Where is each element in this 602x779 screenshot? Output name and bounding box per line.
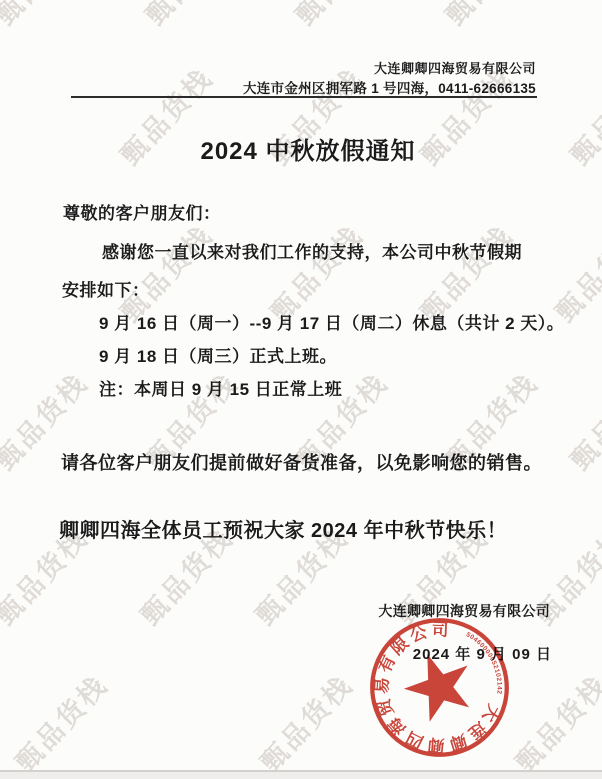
reminder-line: 请各位客户朋友们提前做好备货准备，以免影响您的销售。 bbox=[61, 449, 542, 475]
page-title: 2024 中秋放假通知 bbox=[7, 131, 602, 166]
watermark-text: 甄品货栈 bbox=[560, 363, 602, 477]
scan-bottom-edge-shadow bbox=[0, 772, 602, 779]
salutation: 尊敬的客户朋友们： bbox=[63, 199, 221, 224]
header-divider bbox=[71, 96, 537, 98]
watermark-text: 甄品货栈 bbox=[285, 0, 395, 32]
company-seal-stamp: 大连卿卿四海贸易有限公司 50460000052102142 bbox=[358, 606, 521, 769]
schedule-line-holiday: 9 月 16 日（周一）--9 月 17 日（周二）休息（共计 2 天）。 bbox=[99, 309, 564, 334]
header-address: 大连市金州区拥军路 1 号四海，0411-62666135 bbox=[243, 77, 536, 97]
document-page: 甄品货栈甄品货栈甄品货栈甄品货栈甄品货栈甄品货栈甄品货栈甄品货栈甄品货栈甄品货栈… bbox=[0, 0, 602, 779]
watermark-text: 甄品货栈 bbox=[0, 0, 95, 32]
wish-line: 卿卿四海全体员工预祝大家 2024 年中秋节快乐！ bbox=[59, 514, 507, 543]
header-company-name: 大连卿卿四海贸易有限公司 bbox=[374, 58, 536, 77]
watermark-text: 甄品货栈 bbox=[5, 665, 115, 779]
schedule-line-back-to-work: 9 月 18 日（周三）正式上班。 bbox=[99, 342, 337, 367]
schedule-line-note: 注：本周日 9 月 15 日正常上班 bbox=[99, 375, 342, 400]
watermark-text: 甄品货栈 bbox=[250, 665, 360, 779]
intro-line-2: 安排如下： bbox=[62, 276, 150, 301]
seal-star-icon bbox=[395, 642, 481, 726]
watermark-text: 甄品货栈 bbox=[135, 0, 245, 32]
watermark-text: 甄品货栈 bbox=[435, 0, 545, 32]
intro-line-1: 感谢您一直以来对我们工作的支持，本公司中秋节假期 bbox=[102, 238, 522, 263]
